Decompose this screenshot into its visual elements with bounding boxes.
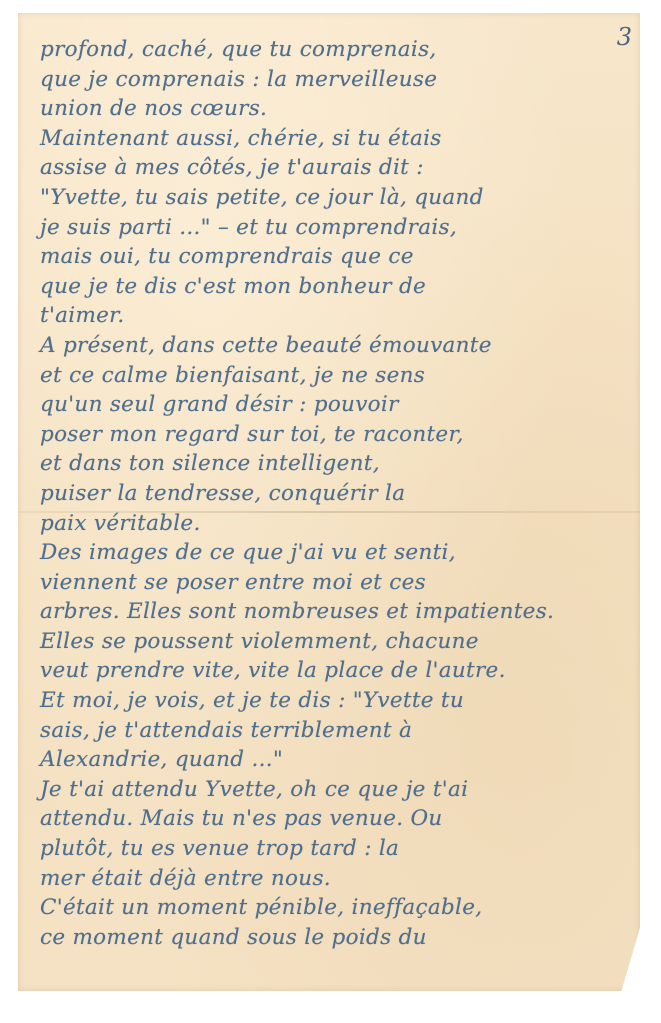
handwritten-line: Je t'ai attendu Yvette, oh ce que je t'a…: [40, 775, 634, 805]
handwritten-line: C'était un moment pénible, ineffaçable,: [40, 893, 634, 923]
handwritten-line: t'aimer.: [40, 301, 634, 331]
handwritten-line: Et moi, je vois, et je te dis : "Yvette …: [40, 686, 634, 716]
handwritten-line: Elles se poussent violemment, chacune: [40, 627, 634, 657]
handwritten-line: poser mon regard sur toi, te raconter,: [40, 420, 634, 450]
handwritten-line: sais, je t'attendais terriblement à: [40, 716, 634, 746]
handwritten-line: ce moment quand sous le poids du: [40, 923, 634, 953]
handwritten-line: viennent se poser entre moi et ces: [40, 568, 634, 598]
handwritten-line: "Yvette, tu sais petite, ce jour là, qua…: [40, 183, 634, 213]
handwritten-line: et ce calme bienfaisant, je ne sens: [40, 361, 634, 391]
letter-page: 3 profond, caché, que tu comprenais, que…: [18, 13, 640, 991]
handwritten-line: Maintenant aussi, chérie, si tu étais: [40, 124, 634, 154]
handwritten-line: Alexandrie, quand ...": [40, 745, 634, 775]
letter-body: profond, caché, que tu comprenais, que j…: [40, 35, 634, 952]
handwritten-line: profond, caché, que tu comprenais,: [40, 35, 634, 65]
handwritten-line: veut prendre vite, vite la place de l'au…: [40, 656, 634, 686]
handwritten-line: que je comprenais : la merveilleuse: [40, 65, 634, 95]
handwritten-line: que je te dis c'est mon bonheur de: [40, 272, 634, 302]
handwritten-line: assise à mes côtés, je t'aurais dit :: [40, 153, 634, 183]
handwritten-line: mais oui, tu comprendrais que ce: [40, 242, 634, 272]
handwritten-line: paix véritable.: [40, 509, 634, 539]
handwritten-line: je suis parti ..." – et tu comprendrais,: [40, 213, 634, 243]
handwritten-line: plutôt, tu es venue trop tard : la: [40, 834, 634, 864]
handwritten-line: Des images de ce que j'ai vu et senti,: [40, 538, 634, 568]
handwritten-line: attendu. Mais tu n'es pas venue. Ou: [40, 804, 634, 834]
handwritten-line: A présent, dans cette beauté émouvante: [40, 331, 634, 361]
handwritten-line: mer était déjà entre nous.: [40, 864, 634, 894]
handwritten-line: qu'un seul grand désir : pouvoir: [40, 390, 634, 420]
handwritten-line: puiser la tendresse, conquérir la: [40, 479, 634, 509]
handwritten-line: et dans ton silence intelligent,: [40, 449, 634, 479]
handwritten-line: arbres. Elles sont nombreuses et impatie…: [40, 597, 634, 627]
handwritten-line: union de nos cœurs.: [40, 94, 634, 124]
